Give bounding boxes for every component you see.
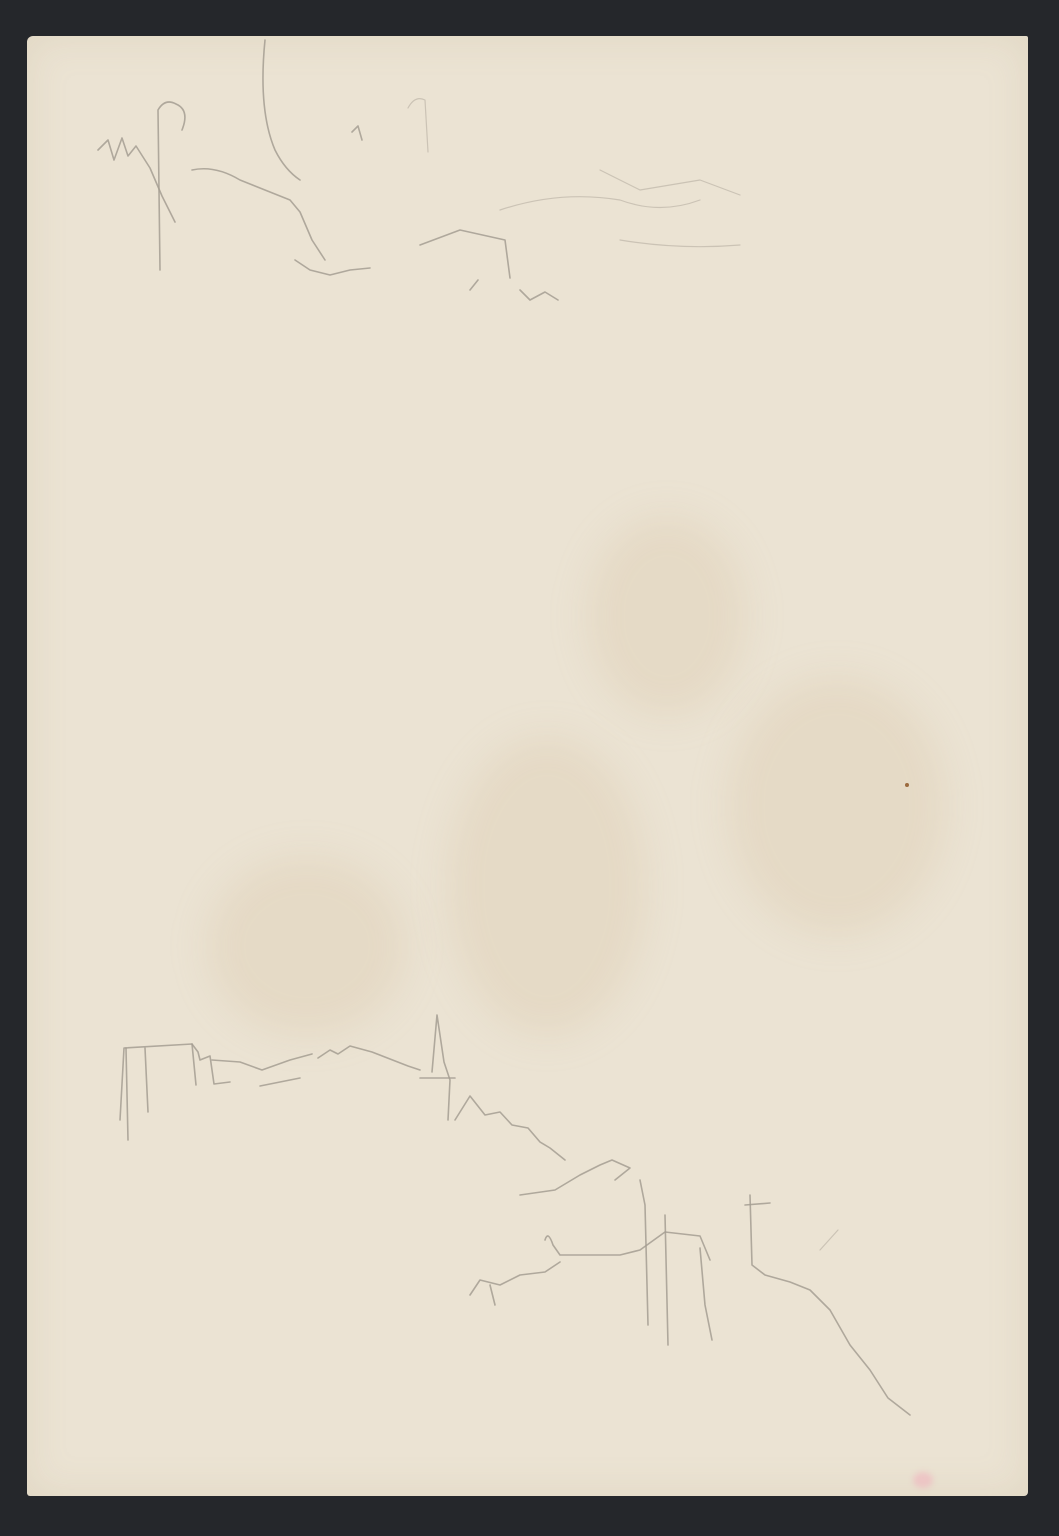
bottom-sketch <box>27 36 1028 1496</box>
paper-sheet <box>27 36 1028 1496</box>
